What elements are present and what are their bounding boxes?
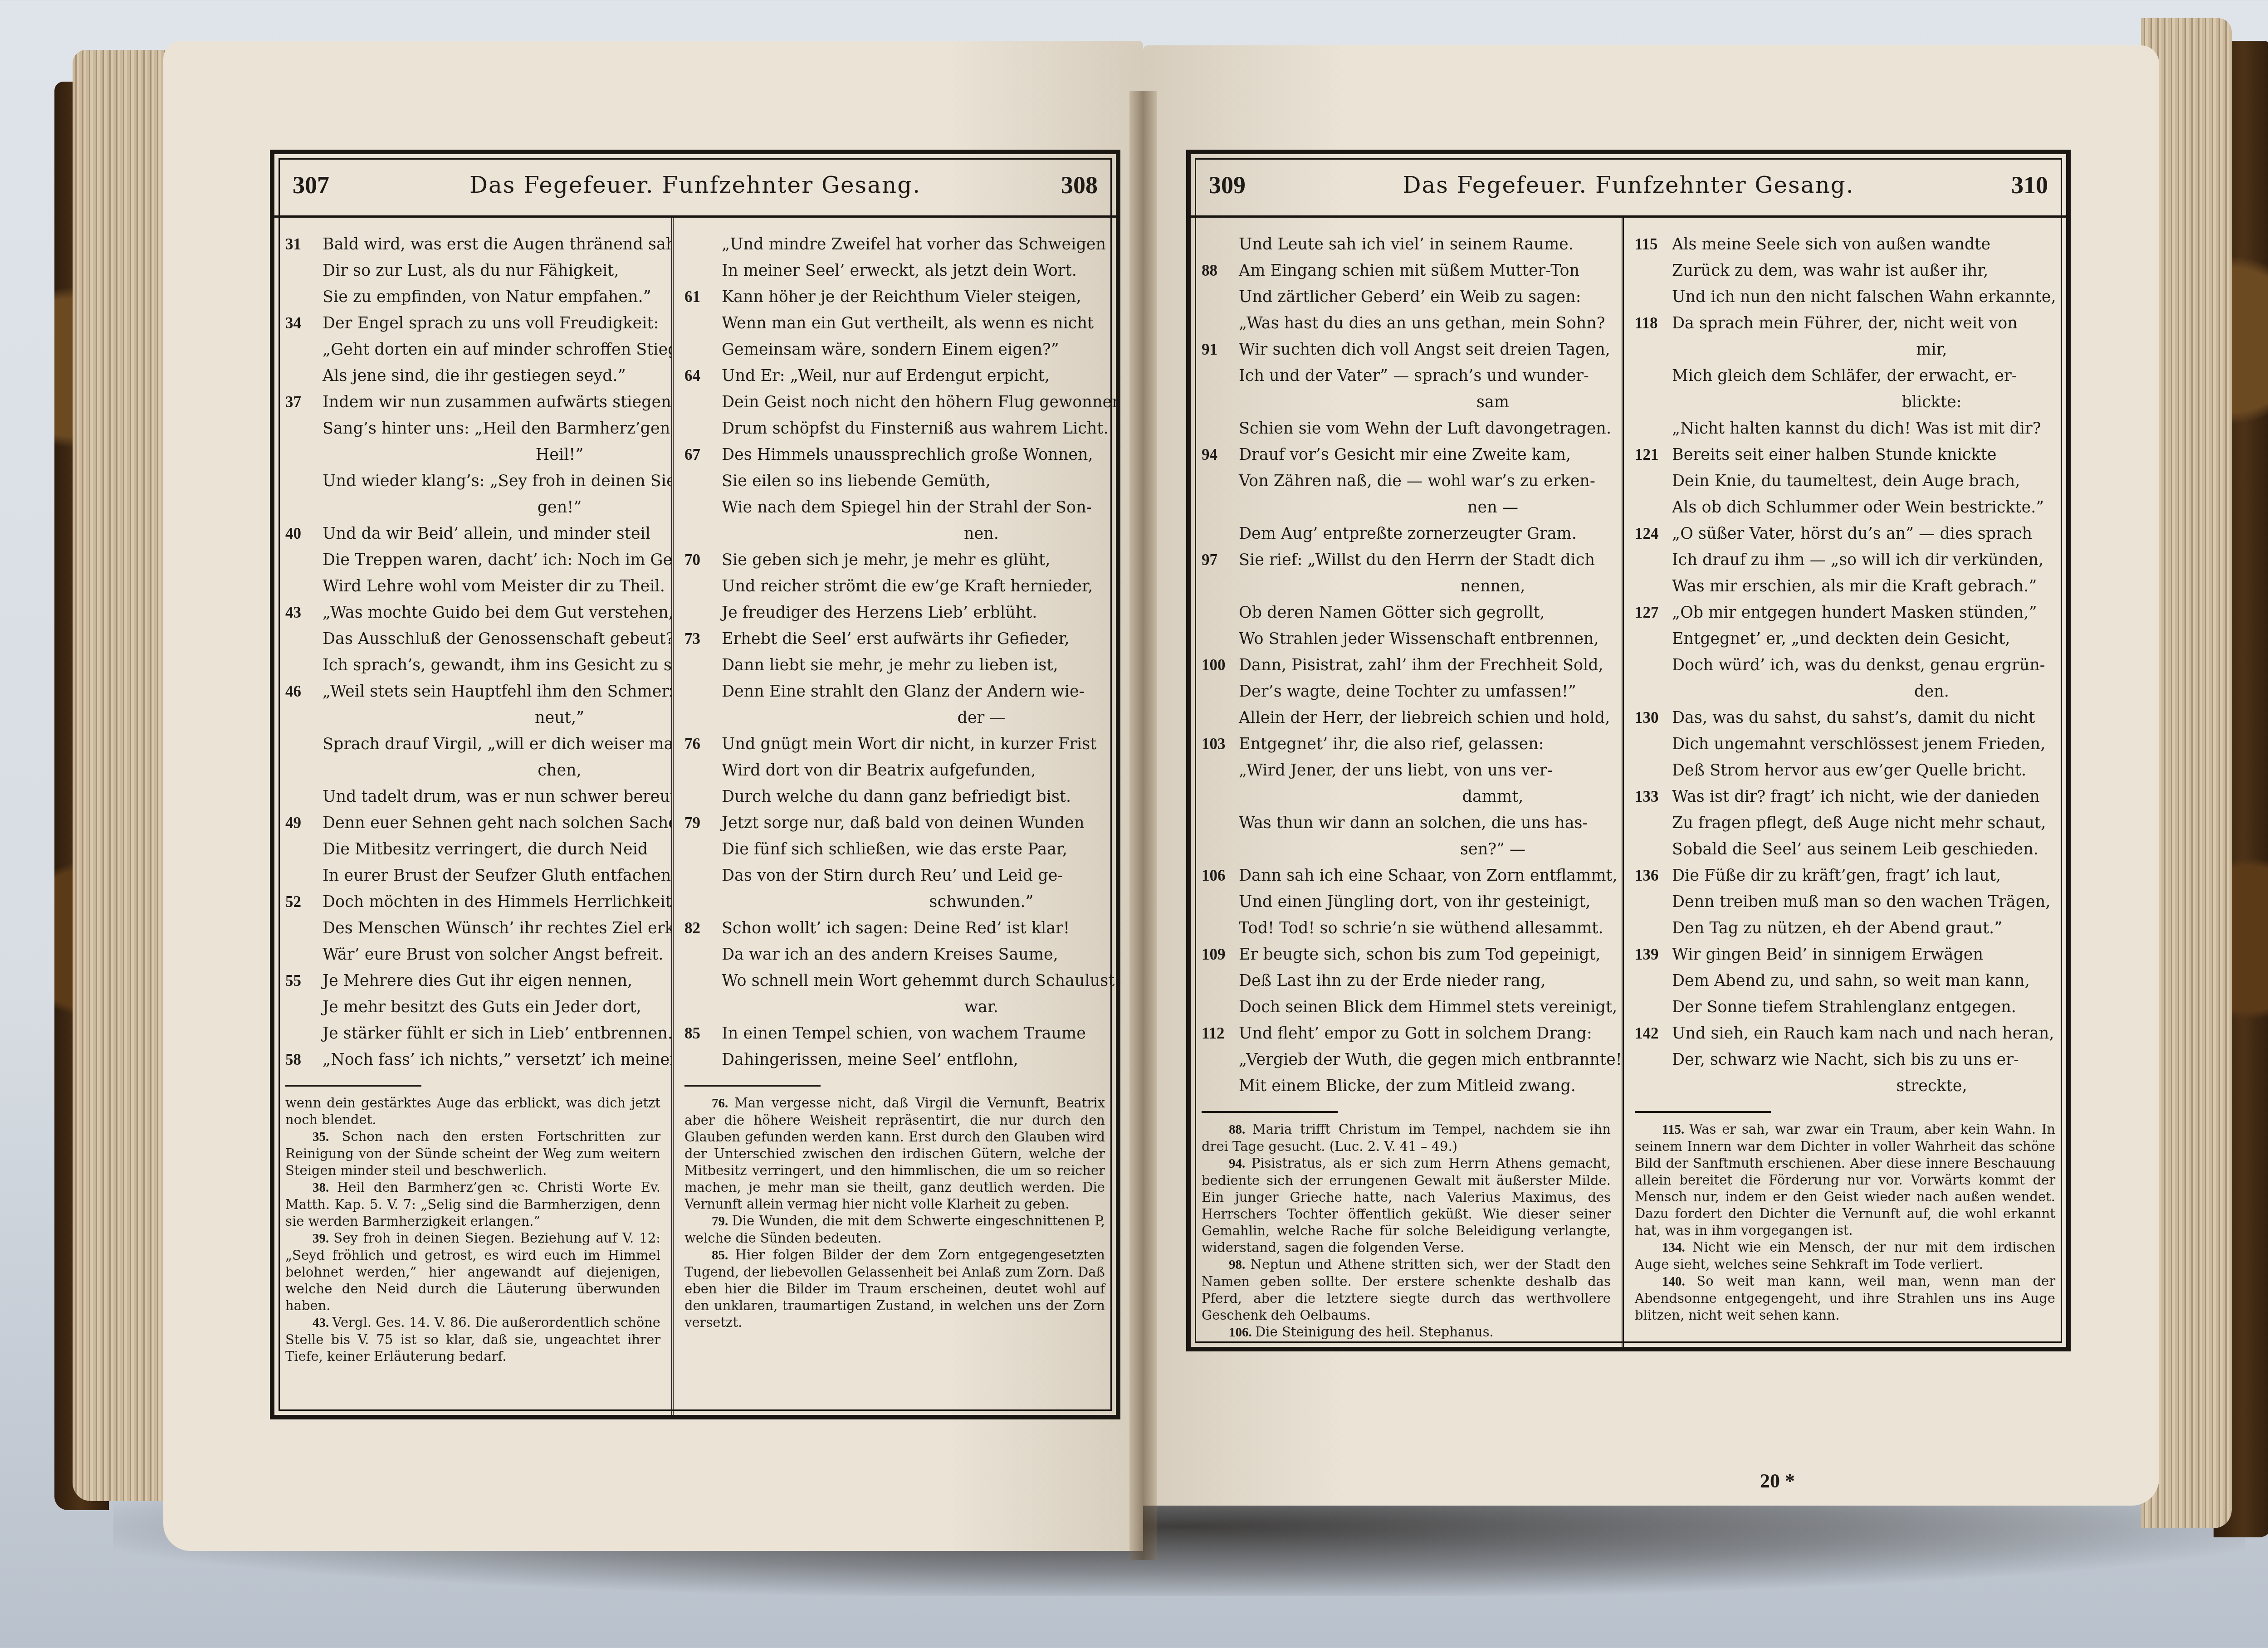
verse-text: Dem Aug’ entpreßte zornerzeugter Gram.: [1239, 521, 1611, 547]
verse-line: Der, schwarz wie Nacht, sich bis zu uns …: [1635, 1047, 2055, 1073]
verse-number: [1202, 284, 1239, 310]
verse-text: Dem Abend zu, und sahn, so weit man kann…: [1672, 968, 2055, 994]
verse-number: [285, 1020, 323, 1047]
column-308: „Und mindre Zweifel hat vorher das Schwe…: [674, 218, 1116, 1415]
verse-number: [1202, 363, 1239, 389]
verse-line: blickte:: [1635, 389, 2055, 415]
footnote-text: Maria trifft Christum im Tempel, nachdem…: [1202, 1121, 1611, 1154]
footnote-text: Schon nach den ersten Fortschritten zur …: [285, 1129, 660, 1178]
verse-number: 43: [285, 600, 323, 626]
verse-line: Dahingerissen, meine Seel’ entflohn,: [684, 1047, 1105, 1073]
verse-line: 58„Noch fass’ ich nichts,” versetzt’ ich…: [285, 1047, 660, 1073]
verse-number: [684, 678, 722, 705]
verse-line: 133Was ist dir? fragt’ ich nicht, wie de…: [1635, 784, 2055, 810]
verse-text: Als jene sind, die ihr gestiegen seyd.”: [323, 363, 660, 389]
verse-text: Denn Eine strahlt den Glanz der Andern w…: [722, 678, 1105, 705]
verse-text: Und einen Jüngling dort, von ihr gestein…: [1239, 889, 1611, 915]
footnotes-307: wenn dein gestärktes Auge das erblickt, …: [285, 1095, 660, 1365]
verse-text: nennen,: [1239, 573, 1611, 600]
verse-text: Wird Lehre wohl vom Meister dir zu Theil…: [323, 573, 665, 600]
verse-text: Ob deren Namen Götter sich gegrollt,: [1239, 600, 1611, 626]
verse-number: 31: [285, 231, 323, 258]
verse-line: Mich gleich dem Schläfer, der erwacht, e…: [1635, 363, 2055, 389]
verse-text: Je mehr besitzt des Guts ein Jeder dort,: [323, 994, 660, 1020]
verse-number: 130: [1635, 705, 1672, 731]
page-number-307: 307: [293, 171, 329, 199]
verse-number: [1635, 468, 1672, 494]
verse-text: Doch möchten in des Himmels Herrlichkeit: [323, 889, 672, 915]
verse-text: Deß Last ihn zu der Erde nieder rang,: [1239, 968, 1611, 994]
verse-number: 118: [1635, 310, 1672, 336]
footnote-number: 76.: [712, 1096, 734, 1111]
verse-number: 142: [1635, 1020, 1672, 1047]
verse-line: 115Als meine Seele sich von außen wandte: [1635, 231, 2055, 258]
footnote-number: 38.: [313, 1180, 337, 1195]
verse-text: Gemeinsam wäre, sondern Einem eigen?”: [722, 336, 1105, 363]
verse-number: 76: [684, 731, 722, 757]
verse-number: [1635, 494, 1672, 521]
verse-text: Die Mitbesitz verringert, die durch Neid: [323, 836, 660, 863]
verse-line: Wenn man ein Gut vertheilt, als wenn es …: [684, 310, 1105, 336]
verse-number: [1202, 784, 1239, 810]
verse-text: Mit einem Blicke, der zum Mitleid zwang.: [1239, 1073, 1611, 1099]
verse-text: Sie geben sich je mehr, je mehr es glüht…: [722, 547, 1105, 573]
verse-number: 40: [285, 521, 323, 547]
verse-text: Ich sprach’s, gewandt, ihm ins Gesicht z…: [323, 652, 674, 678]
verse-text: Bald wird, was erst die Augen thränend s…: [323, 231, 674, 258]
verse-line: 94Drauf vor’s Gesicht mir eine Zweite ka…: [1202, 442, 1611, 468]
verse-text: „Nicht halten kannst du dich! Was ist mi…: [1672, 415, 2055, 442]
verse-line: streckte,: [1635, 1073, 2055, 1099]
verse-line: Dem Aug’ entpreßte zornerzeugter Gram.: [1202, 521, 1611, 547]
verse-line: Was mir erschien, als mir die Kraft gebr…: [1635, 573, 2055, 600]
running-head-title: Das Fegefeuer. Funfzehnter Gesang.: [1403, 172, 1854, 198]
verse-text: Wo schnell mein Wort gehemmt durch Schau…: [722, 968, 1114, 994]
footnote-text: So weit man kann, weil man, wenn man der…: [1635, 1273, 2055, 1323]
verse-line: Des Menschen Wünsch’ ihr rechtes Ziel er…: [285, 915, 660, 941]
verse-number: 94: [1202, 442, 1239, 468]
verse-number: 37: [285, 389, 323, 415]
verse-line: „Vergieb der Wuth, die gegen mich entbra…: [1202, 1047, 1611, 1073]
verse-text: Mich gleich dem Schläfer, der erwacht, e…: [1672, 363, 2055, 389]
verse-line: „Und mindre Zweifel hat vorher das Schwe…: [684, 231, 1105, 258]
verse-text: chen,: [323, 757, 660, 784]
verse-number: [1202, 626, 1239, 652]
verse-number: [1635, 968, 1672, 994]
footnote-number: 43.: [313, 1316, 332, 1330]
footnotes-309: 88. Maria trifft Christum im Tempel, nac…: [1202, 1121, 1611, 1341]
verse-line: Zu fragen pflegt, deß Auge nicht mehr sc…: [1635, 810, 2055, 836]
verse-line: chen,: [285, 757, 660, 784]
verse-text: Er beugte sich, schon bis zum Tod gepein…: [1239, 941, 1611, 968]
verse-text: Und gnügt mein Wort dir nicht, in kurzer…: [722, 731, 1105, 757]
verse-text: Tod! Tod! so schrie’n sie wüthend allesa…: [1239, 915, 1611, 941]
verse-number: [1635, 336, 1672, 363]
verse-line: Je stärker fühlt er sich in Lieb’ entbre…: [285, 1020, 660, 1047]
verse-line: 142Und sieh, ein Rauch kam nach und nach…: [1635, 1020, 2055, 1047]
footnote-number: 39.: [313, 1231, 333, 1246]
footnote-text: Vergl. Ges. 14. V. 86. Die außerordentli…: [285, 1315, 660, 1364]
footnote-text: Sey froh in deinen Siegen. Beziehung auf…: [285, 1230, 660, 1313]
verse-number: 103: [1202, 731, 1239, 757]
verse-number: [684, 994, 722, 1020]
verse-line: schwunden.”: [684, 889, 1105, 915]
verse-text: „Wird Jener, der uns liebt, von uns ver-: [1239, 757, 1611, 784]
footnote-text: Die Wunden, die mit dem Schwerte eingesc…: [684, 1213, 1105, 1246]
verse-line: 67Des Himmels unaussprechlich große Wonn…: [684, 442, 1105, 468]
footnote-rule: [1635, 1111, 1771, 1113]
verse-line: Das von der Stirn durch Reu’ und Leid ge…: [684, 863, 1105, 889]
verse-line: 85In einen Tempel schien, von wachem Tra…: [684, 1020, 1105, 1047]
footnote-number: 140.: [1662, 1274, 1696, 1289]
verse-line: Dich ungemahnt verschlössest jenem Fried…: [1635, 731, 2055, 757]
verse-line: Doch würd’ ich, was du denkst, genau erg…: [1635, 652, 2055, 678]
verse-line: 82Schon wollt’ ich sagen: Deine Red’ ist…: [684, 915, 1105, 941]
footnote-text: Pisistratus, als er sich zum Herrn Athen…: [1202, 1156, 1611, 1255]
verse-line: „Nicht halten kannst du dich! Was ist mi…: [1635, 415, 2055, 442]
verse-number: [285, 468, 323, 494]
verse-line: 73Erhebt die Seel’ erst aufwärts ihr Gef…: [684, 626, 1105, 652]
verse-text: Je stärker fühlt er sich in Lieb’ entbre…: [323, 1020, 674, 1047]
verse-text: nen —: [1239, 494, 1611, 521]
verse-text: schwunden.”: [722, 889, 1105, 915]
verse-text: Der Engel sprach zu uns voll Freudigkeit…: [323, 310, 660, 336]
footnote: 134. Nicht wie ein Mensch, der nur mit d…: [1635, 1239, 2055, 1273]
verse-text: Sie rief: „Willst du den Herrn der Stadt…: [1239, 547, 1611, 573]
verse-text: Sprach drauf Virgil, „will er dich weise…: [323, 731, 674, 757]
footnote-text: Die Steinigung des heil. Stephanus.: [1255, 1324, 1494, 1340]
verse-text: sam: [1239, 389, 1611, 415]
verse-number: [1635, 915, 1672, 941]
verse-number: [1202, 389, 1239, 415]
verse-text: Wie nach dem Spiegel hin der Strahl der …: [722, 494, 1105, 521]
verse-text: Allein der Herr, der liebreich schien un…: [1239, 705, 1611, 731]
verse-number: [1635, 836, 1672, 863]
verse-text: dammt,: [1239, 784, 1611, 810]
footnote-number: 35.: [313, 1130, 342, 1144]
footnote-number: 106.: [1229, 1325, 1255, 1340]
verse-number: [285, 626, 323, 652]
verse-line: 97Sie rief: „Willst du den Herrn der Sta…: [1202, 547, 1611, 573]
verse-number: 121: [1635, 442, 1672, 468]
verse-line: „Was hast du dies an uns gethan, mein So…: [1202, 310, 1611, 336]
verse-text: Entgegnet’ ihr, die also rief, gelassen:: [1239, 731, 1611, 757]
verse-text: Durch welche du dann ganz befriedigt bis…: [722, 784, 1105, 810]
footnote: 94. Pisistratus, als er sich zum Herrn A…: [1202, 1155, 1611, 1256]
verse-number: [684, 1047, 722, 1073]
verse-line: 130Das, was du sahst, du sahst’s, damit …: [1635, 705, 2055, 731]
verse-number: [1635, 757, 1672, 784]
verse-number: [1202, 705, 1239, 731]
verse-text: „Weil stets sein Hauptfehl ihm den Schme…: [323, 678, 674, 705]
verse-line: Und wieder klang’s: „Sey froh in deinen …: [285, 468, 660, 494]
verse-line: 124„O süßer Vater, hörst du’s an” — dies…: [1635, 521, 2055, 547]
verse-text: Der’s wagte, deine Tochter zu umfassen!”: [1239, 678, 1611, 705]
verse-text: Die Füße dir zu kräft’gen, fragt’ ich la…: [1672, 863, 2055, 889]
footnote-text: Nicht wie ein Mensch, der nur mit dem ir…: [1635, 1239, 2055, 1272]
footnote-text: Hier folgen Bilder der dem Zorn entgegen…: [684, 1247, 1105, 1330]
verse-line: Dann liebt sie mehr, je mehr zu lieben i…: [684, 652, 1105, 678]
verse-text: Entgegnet’ er, „und deckten dein Gesicht…: [1672, 626, 2055, 652]
verse-number: 100: [1202, 652, 1239, 678]
verse-line: der —: [684, 705, 1105, 731]
verse-number: [1635, 389, 1672, 415]
verse-line: Dem Abend zu, und sahn, so weit man kann…: [1635, 968, 2055, 994]
verse-number: [285, 731, 323, 757]
verse-number: 91: [1202, 336, 1239, 363]
verse-number: 106: [1202, 863, 1239, 889]
verse-number: 112: [1202, 1020, 1239, 1047]
verse-line: Dein Geist noch nicht den höhern Flug ge…: [684, 389, 1105, 415]
verse-text: Doch seinen Blick dem Himmel stets verei…: [1239, 994, 1617, 1020]
verse-text: Des Himmels unaussprechlich große Wonnen…: [722, 442, 1105, 468]
verse-number: 127: [1635, 600, 1672, 626]
verse-line: Entgegnet’ er, „und deckten dein Gesicht…: [1635, 626, 2055, 652]
footnote-number: 98.: [1229, 1258, 1251, 1272]
footnote-text: Heil den Barmherz’gen ꝛc. Christi Worte …: [285, 1180, 660, 1229]
verse-number: 55: [285, 968, 323, 994]
verse-text: Sang’s hinter uns: „Heil den Barmherz’ge…: [323, 415, 674, 442]
footnotes-310: 115. Was er sah, war zwar ein Traum, abe…: [1635, 1121, 2055, 1324]
verse-number: [1635, 547, 1672, 573]
footnote: 115. Was er sah, war zwar ein Traum, abe…: [1635, 1121, 2055, 1239]
verse-number: [684, 652, 722, 678]
verse-text: In meiner Seel’ erweckt, als jetzt dein …: [722, 258, 1105, 284]
verse-line: 52Doch möchten in des Himmels Herrlichke…: [285, 889, 660, 915]
verse-number: [285, 442, 323, 468]
column-310: 115Als meine Seele sich von außen wandte…: [1624, 218, 2066, 1347]
verse-line: Schien sie vom Wehn der Luft davongetrag…: [1202, 415, 1611, 442]
footnote-number: 88.: [1229, 1122, 1252, 1137]
verse-number: [285, 784, 323, 810]
verse-number: [285, 494, 323, 521]
verse-number: [285, 863, 323, 889]
verse-text: Der Sonne tiefem Strahlenglanz entgegen.: [1672, 994, 2055, 1020]
verse-line: gen!”: [285, 494, 660, 521]
verse-line: Zurück zu dem, was wahr ist außer ihr,: [1635, 258, 2055, 284]
verse-line: Dein Knie, du taumeltest, dein Auge brac…: [1635, 468, 2055, 494]
verse-number: [285, 573, 323, 600]
verse-number: 85: [684, 1020, 722, 1047]
verse-text: war.: [722, 994, 1105, 1020]
verse-text: Das, was du sahst, du sahst’s, damit du …: [1672, 705, 2055, 731]
footnote: 76. Man vergesse nicht, daß Virgil die V…: [684, 1095, 1105, 1213]
verse-line: Allein der Herr, der liebreich schien un…: [1202, 705, 1611, 731]
verse-text: Dein Geist noch nicht den höhern Flug ge…: [722, 389, 1116, 415]
verse-number: [684, 600, 722, 626]
verses-310: 115Als meine Seele sich von außen wandte…: [1635, 231, 2055, 1099]
verse-text: Je Mehrere dies Gut ihr eigen nennen,: [323, 968, 660, 994]
verse-number: 73: [684, 626, 722, 652]
verse-number: [285, 941, 323, 968]
verse-line: 70Sie geben sich je mehr, je mehr es glü…: [684, 547, 1105, 573]
verse-text: Und wieder klang’s: „Sey froh in deinen …: [323, 468, 674, 494]
verse-text: Dein Knie, du taumeltest, dein Auge brac…: [1672, 468, 2055, 494]
verse-text: der —: [722, 705, 1105, 731]
verse-number: 109: [1202, 941, 1239, 968]
verse-line: 34Der Engel sprach zu uns voll Freudigke…: [285, 310, 660, 336]
verse-line: Als ob dich Schlummer oder Wein bestrick…: [1635, 494, 2055, 521]
verse-text: blickte:: [1672, 389, 2055, 415]
footnote-number: 134.: [1662, 1240, 1692, 1255]
verse-line: 64Und Er: „Weil, nur auf Erdengut erpich…: [684, 363, 1105, 389]
verses-308: „Und mindre Zweifel hat vorher das Schwe…: [684, 231, 1105, 1073]
verse-text: Als meine Seele sich von außen wandte: [1672, 231, 2055, 258]
verse-line: In eurer Brust der Seufzer Gluth entfach…: [285, 863, 660, 889]
verse-line: Durch welche du dann ganz befriedigt bis…: [684, 784, 1105, 810]
verse-line: nennen,: [1202, 573, 1611, 600]
verse-line: Und ich nun den nicht falschen Wahn erka…: [1635, 284, 2055, 310]
verse-text: Von Zähren naß, die — wohl war’s zu erke…: [1239, 468, 1611, 494]
verse-line: 127„Ob mir entgegen hundert Masken stünd…: [1635, 600, 2055, 626]
verse-text: Am Eingang schien mit süßem Mutter-Ton: [1239, 258, 1611, 284]
verse-text: Was mir erschien, als mir die Kraft gebr…: [1672, 573, 2055, 600]
verse-line: 76Und gnügt mein Wort dir nicht, in kurz…: [684, 731, 1105, 757]
footnotes-308: 76. Man vergesse nicht, daß Virgil die V…: [684, 1095, 1105, 1331]
verse-text: „Noch fass’ ich nichts,” versetzt’ ich m…: [323, 1047, 674, 1073]
verse-line: Sie zu empfinden, von Natur empfahen.”: [285, 284, 660, 310]
verse-number: [1202, 600, 1239, 626]
verse-number: [1202, 889, 1239, 915]
verse-number: [684, 941, 722, 968]
verse-line: 91Wir suchten dich voll Angst seit dreie…: [1202, 336, 1611, 363]
verse-text: Heil!”: [323, 442, 660, 468]
verse-text: Und tadelt drum, was er nun schwer bereu…: [323, 784, 674, 810]
verse-number: [684, 968, 722, 994]
verse-number: [1202, 468, 1239, 494]
verse-number: [1635, 258, 1672, 284]
verse-text: Und reicher strömt die ew’ge Kraft herni…: [722, 573, 1105, 600]
footnote: 88. Maria trifft Christum im Tempel, nac…: [1202, 1121, 1611, 1155]
verse-line: Ich drauf zu ihm — „so will ich dir verk…: [1635, 547, 2055, 573]
verse-number: [1202, 678, 1239, 705]
verse-text: den.: [1672, 678, 2055, 705]
verse-text: Drum schöpfst du Finsterniß aus wahrem L…: [722, 415, 1109, 442]
verse-line: Den Tag zu nützen, eh der Abend graut.”: [1635, 915, 2055, 941]
page-number-308: 308: [1061, 171, 1098, 199]
verse-text: „Geht dorten ein auf minder schroffen St…: [323, 336, 674, 363]
verse-number: 79: [684, 810, 722, 836]
verse-line: Da war ich an des andern Kreises Saume,: [684, 941, 1105, 968]
verse-line: 112Und fleht’ empor zu Gott in solchem D…: [1202, 1020, 1611, 1047]
verse-number: [684, 889, 722, 915]
verse-line: 40Und da wir Beid’ allein, und minder st…: [285, 521, 660, 547]
verse-number: [1635, 810, 1672, 836]
footnote-number: 115.: [1662, 1122, 1689, 1137]
verse-text: Und fleht’ empor zu Gott in solchem Dran…: [1239, 1020, 1611, 1047]
verse-line: nen.: [684, 521, 1105, 547]
verse-text: sen?” —: [1239, 836, 1611, 863]
verse-text: streckte,: [1672, 1073, 2055, 1099]
verse-text: Da sprach mein Führer, der, nicht weit v…: [1672, 310, 2055, 336]
verse-line: Dir so zur Lust, als du nur Fähigkeit,: [285, 258, 660, 284]
verse-number: [684, 415, 722, 442]
verse-line: mir,: [1635, 336, 2055, 363]
verse-text: Wir suchten dich voll Angst seit dreien …: [1239, 336, 1611, 363]
verse-line: Der’s wagte, deine Tochter zu umfassen!”: [1202, 678, 1611, 705]
verse-text: Wir gingen Beid’ in sinnigem Erwägen: [1672, 941, 2055, 968]
footnote: 140. So weit man kann, weil man, wenn ma…: [1635, 1273, 2055, 1324]
verse-line: Und zärtlicher Geberd’ ein Weib zu sagen…: [1202, 284, 1611, 310]
verse-text: In eurer Brust der Seufzer Gluth entfach…: [323, 863, 674, 889]
verse-text: mir,: [1672, 336, 2055, 363]
verse-line: Was thun wir dann an solchen, die uns ha…: [1202, 810, 1611, 836]
verse-number: 61: [684, 284, 722, 310]
verse-line: Wär’ eure Brust von solcher Angst befrei…: [285, 941, 660, 968]
verse-text: Sie zu empfinden, von Natur empfahen.”: [323, 284, 660, 310]
verse-number: [1202, 521, 1239, 547]
verse-number: 88: [1202, 258, 1239, 284]
verse-line: Von Zähren naß, die — wohl war’s zu erke…: [1202, 468, 1611, 494]
verse-text: Und Er: „Weil, nur auf Erdengut erpicht,: [722, 363, 1105, 389]
book-gutter: [1129, 91, 1157, 1560]
verse-line: 61Kann höher je der Reichthum Vieler ste…: [684, 284, 1105, 310]
verse-number: [1202, 968, 1239, 994]
verse-number: [1635, 994, 1672, 1020]
verse-line: Je mehr besitzt des Guts ein Jeder dort,: [285, 994, 660, 1020]
verse-number: [684, 494, 722, 521]
verse-text: Kann höher je der Reichthum Vieler steig…: [722, 284, 1105, 310]
verse-number: [285, 363, 323, 389]
running-head-right: 309 Das Fegefeuer. Funfzehnter Gesang. 3…: [1191, 154, 2066, 218]
verse-number: 49: [285, 810, 323, 836]
footnote-text: wenn dein gestärktes Auge das erblickt, …: [285, 1095, 660, 1127]
verse-line: Sprach drauf Virgil, „will er dich weise…: [285, 731, 660, 757]
footnote: 98. Neptun und Athene stritten sich, wer…: [1202, 1256, 1611, 1324]
footnote: 35. Schon nach den ersten Fortschritten …: [285, 1128, 660, 1179]
verse-line: Drum schöpfst du Finsterniß aus wahrem L…: [684, 415, 1105, 442]
verse-number: [684, 231, 722, 258]
verse-line: 103Entgegnet’ ihr, die also rief, gelass…: [1202, 731, 1611, 757]
verse-text: „Vergieb der Wuth, die gegen mich entbra…: [1239, 1047, 1624, 1073]
verse-number: [1635, 284, 1672, 310]
verse-line: 118Da sprach mein Führer, der, nicht wei…: [1635, 310, 2055, 336]
footnote: wenn dein gestärktes Auge das erblickt, …: [285, 1095, 660, 1128]
verse-line: 43„Was mochte Guido bei dem Gut verstehe…: [285, 600, 660, 626]
verse-line: neut,”: [285, 705, 660, 731]
verse-number: [285, 547, 323, 573]
verse-line: 136Die Füße dir zu kräft’gen, fragt’ ich…: [1635, 863, 2055, 889]
verse-number: [1202, 310, 1239, 336]
verse-number: [684, 336, 722, 363]
verse-line: 106Dann sah ich eine Schaar, von Zorn en…: [1202, 863, 1611, 889]
verse-line: den.: [1635, 678, 2055, 705]
verse-text: Deß Strom hervor aus ew’ger Quelle brich…: [1672, 757, 2055, 784]
verse-line: Je freudiger des Herzens Lieb’ erblüht.: [684, 600, 1105, 626]
verse-text: gen!”: [323, 494, 660, 521]
verse-number: [1202, 810, 1239, 836]
verse-number: [684, 705, 722, 731]
verse-number: [1202, 994, 1239, 1020]
footnote-text: Was er sah, war zwar ein Traum, aber kei…: [1635, 1121, 2055, 1238]
verse-number: [1635, 1047, 1672, 1073]
verse-number: [285, 258, 323, 284]
verse-text: Zurück zu dem, was wahr ist außer ihr,: [1672, 258, 2055, 284]
footnote: 39. Sey froh in deinen Siegen. Beziehung…: [285, 1230, 660, 1314]
footnote-rule: [1202, 1111, 1338, 1113]
verse-text: Wenn man ein Gut vertheilt, als wenn es …: [722, 310, 1105, 336]
verse-text: nen.: [722, 521, 1105, 547]
verse-number: [285, 836, 323, 863]
verse-number: [1202, 494, 1239, 521]
verse-line: „Geht dorten ein auf minder schroffen St…: [285, 336, 660, 363]
verse-line: Deß Strom hervor aus ew’ger Quelle brich…: [1635, 757, 2055, 784]
verse-line: Wo Strahlen jeder Wissenschaft entbrenne…: [1202, 626, 1611, 652]
verse-number: [684, 521, 722, 547]
page-number-310: 310: [2011, 171, 2048, 199]
verse-number: [285, 284, 323, 310]
verse-number: [285, 757, 323, 784]
